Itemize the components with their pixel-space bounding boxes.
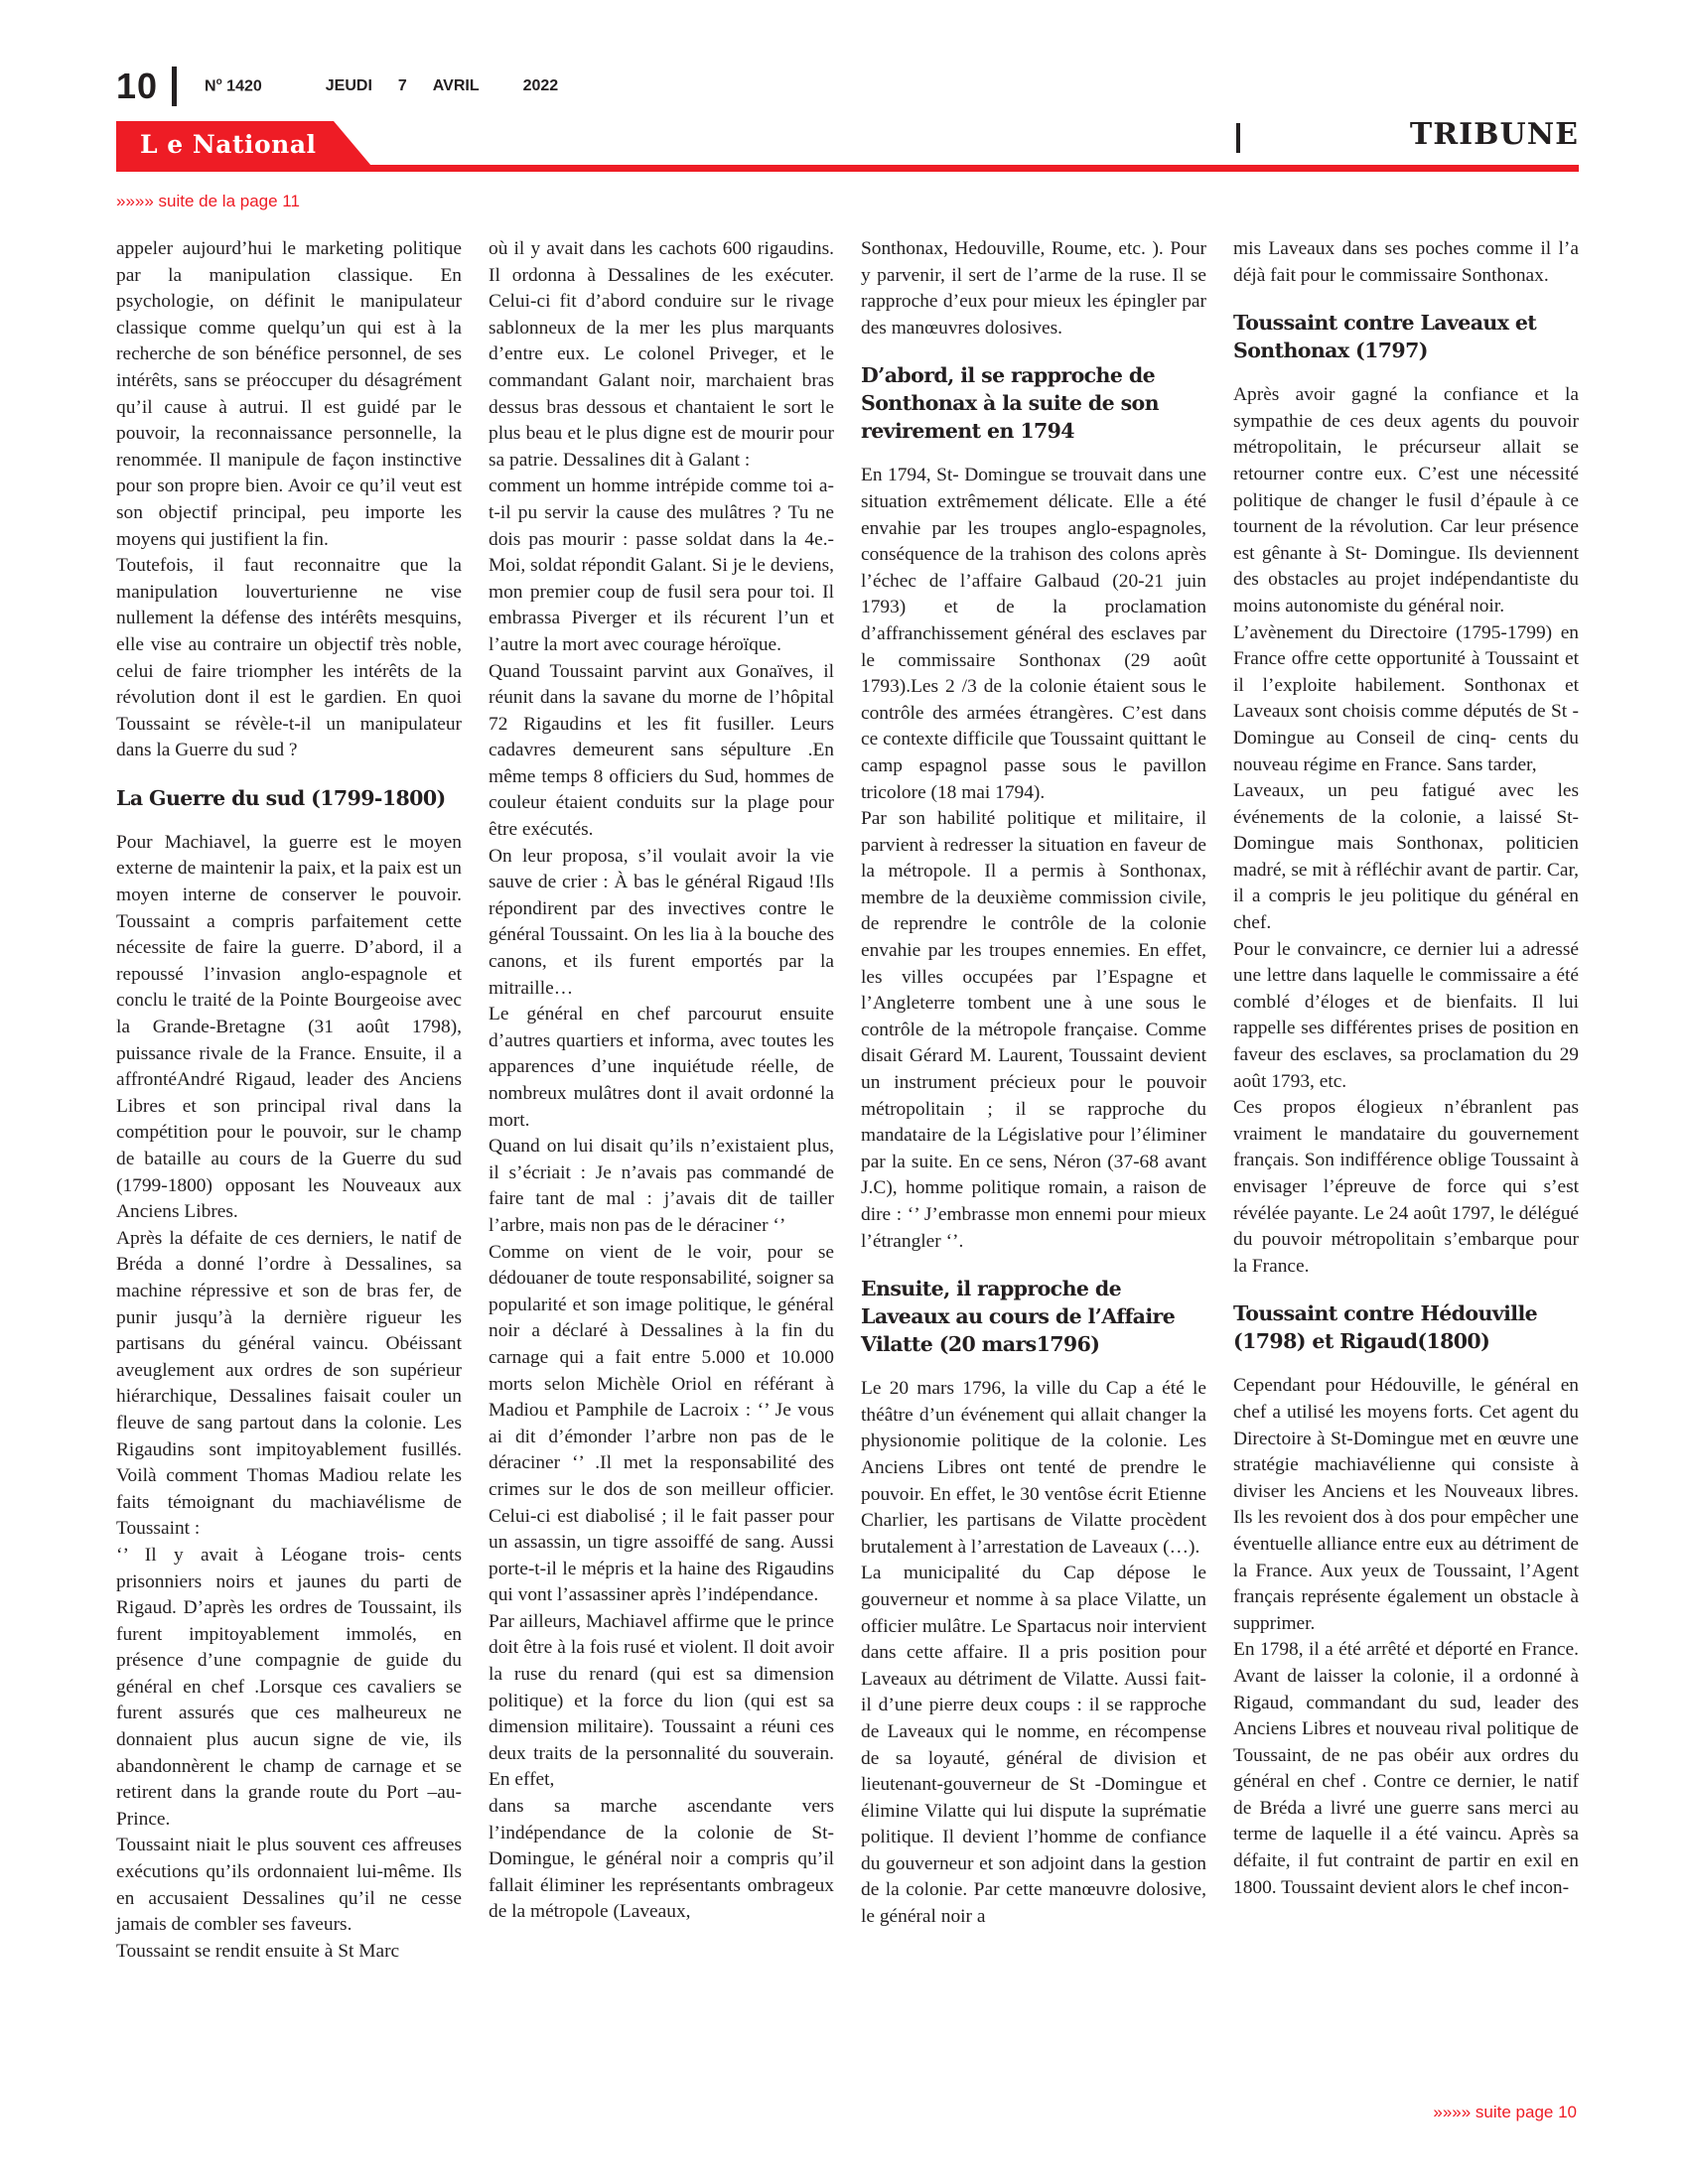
article-body: appeler aujourd’hui le marketing politiq… — [116, 236, 1579, 2083]
paragraph: Toussaint se rendit ensuite à St Marc — [116, 1939, 462, 1966]
paragraph: Le général en chef parcourut ensuite d’a… — [489, 1002, 834, 1134]
section-title: TRIBUNE — [1410, 117, 1579, 152]
paragraph: Comme on vient de le voir, pour se dédou… — [489, 1240, 834, 1609]
date-number: 7 — [398, 77, 407, 95]
paragraph: ‘’ Il y avait à Léogane trois- cents pri… — [116, 1543, 462, 1834]
paragraph: En 1794, St- Domingue se trouvait dans u… — [861, 463, 1206, 806]
paragraph: En 1798, il a été arrêté et déporté en F… — [1233, 1637, 1579, 1901]
page-number: 10 — [116, 66, 158, 107]
paragraph: appeler aujourd’hui le marketing politiq… — [116, 236, 462, 553]
section-divider — [1236, 123, 1240, 153]
paragraph: Pour le convaincre, ce dernier lui a adr… — [1233, 937, 1579, 1096]
paragraph: Par ailleurs, Machiavel affirme que le p… — [489, 1609, 834, 1794]
paragraph: Le 20 mars 1796, la ville du Cap a été l… — [861, 1376, 1206, 1561]
paragraph: Sonthonax, Hedouville, Roume, etc. ). Po… — [861, 236, 1206, 341]
paragraph: où il y avait dans les cachots 600 rigau… — [489, 236, 834, 474]
paragraph: Quand on lui disait qu’ils n’existaient … — [489, 1134, 834, 1239]
brand-band: L e National — [116, 121, 1579, 175]
paragraph: Toussaint niait le plus souvent ces affr… — [116, 1833, 462, 1938]
date-month: AVRIL — [433, 77, 480, 95]
paragraph: Cependant pour Hédouville, le général en… — [1233, 1373, 1579, 1637]
paragraph: mis Laveaux dans ses poches comme il l’a… — [1233, 236, 1579, 289]
section-heading: Ensuite, il rapproche de Laveaux au cour… — [861, 1275, 1206, 1358]
column-2: où il y avait dans les cachots 600 rigau… — [489, 236, 834, 2083]
continued-from-link[interactable]: »»»» suite de la page 11 — [116, 192, 300, 211]
date-day: JEUDI — [326, 77, 372, 95]
section-heading: Toussaint contre Laveaux et Sonthonax (1… — [1233, 309, 1579, 364]
paragraph: Ces propos élogieux n’ébranlent pas vrai… — [1233, 1095, 1579, 1280]
paragraph: comment un homme intrépide comme toi a-t… — [489, 474, 834, 658]
masthead-dateline: 10 No 1420 JEUDI 7 AVRIL 2022 — [116, 62, 584, 111]
paragraph: Par son habilité politique et militaire,… — [861, 806, 1206, 1255]
paragraph: On leur proposa, s’il voulait avoir la v… — [489, 844, 834, 1003]
column-1: appeler aujourd’hui le marketing politiq… — [116, 236, 462, 2083]
paragraph: Pour Machiavel, la guerre est le moyen e… — [116, 830, 462, 1226]
paragraph: L’avènement du Directoire (1795-1799) en… — [1233, 620, 1579, 779]
divider — [172, 67, 177, 106]
section-heading: Toussaint contre Hédouville (1798) et Ri… — [1233, 1299, 1579, 1355]
paragraph: Après la défaite de ces derniers, le nat… — [116, 1226, 462, 1543]
section-heading: D’abord, il se rapproche de Sonthonax à … — [861, 361, 1206, 445]
section-heading: La Guerre du sud (1799-1800) — [116, 784, 462, 812]
date-year: 2022 — [523, 77, 559, 95]
issue-number: No 1420 — [205, 76, 262, 95]
paragraph: Laveaux, un peu fatigué avec les événeme… — [1233, 778, 1579, 937]
newspaper-logo: L e National — [140, 130, 317, 159]
paragraph: Toutefois, il faut reconnaitre que la ma… — [116, 553, 462, 764]
paragraph: Après avoir gagné la confiance et la sym… — [1233, 382, 1579, 619]
paragraph: Quand Toussaint parvint aux Gonaïves, il… — [489, 659, 834, 844]
column-4: mis Laveaux dans ses poches comme il l’a… — [1233, 236, 1579, 2083]
paragraph: La municipalité du Cap dépose le gouvern… — [861, 1561, 1206, 1930]
continued-on-link[interactable]: »»»» suite page 10 — [1433, 2103, 1577, 2122]
paragraph: dans sa marche ascendante vers l’indépen… — [489, 1794, 834, 1926]
column-3: Sonthonax, Hedouville, Roume, etc. ). Po… — [861, 236, 1206, 2083]
